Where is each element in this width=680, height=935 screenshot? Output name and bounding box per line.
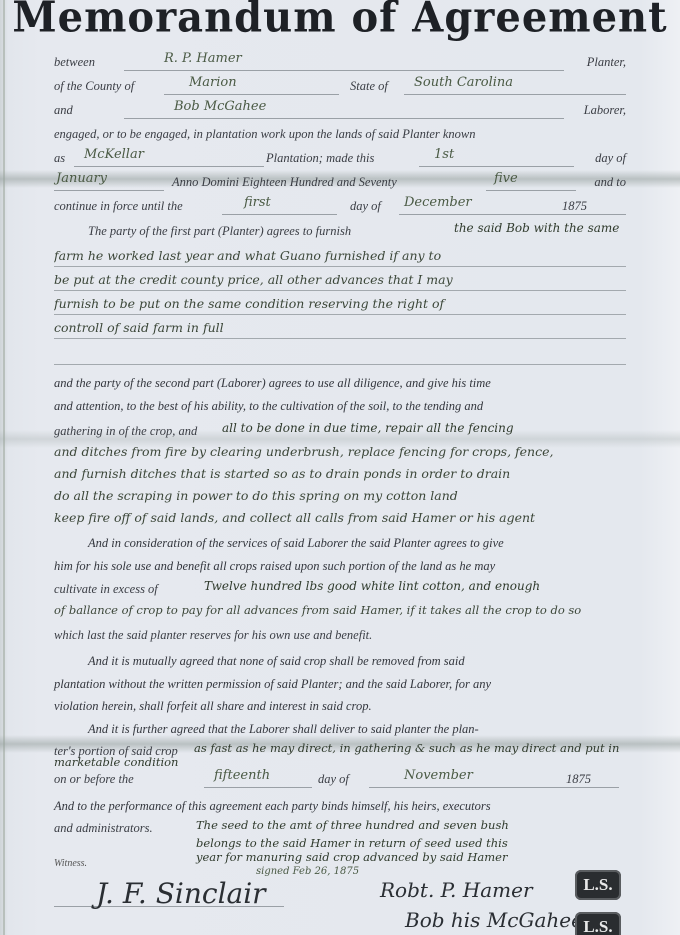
deliver-date-row: on or before the fifteenth day of Novemb… [54,772,626,790]
first-part-handwritten: furnish to be put on the same condition … [54,294,626,315]
county-label: of the County of [54,79,134,94]
planter-label: Planter, [587,55,626,70]
anno-row: January Anno Domini Eighteen Hundred and… [54,175,626,193]
performance-handwritten: year for manuring said crop advanced by … [196,850,507,864]
signed-date-note: signed Feb 26, 1875 [256,866,359,877]
second-part-handwritten: and ditches from fire by clearing underb… [54,442,626,462]
plantation-row: as McKellar Plantation; made this 1st da… [54,151,626,169]
state-field: South Carolina [414,75,513,90]
between-row: between R. P. Hamer Planter, [54,55,626,73]
engaged-text: engaged, or to be engaged, in plantation… [54,127,476,142]
laborer-seal: L.S. [575,912,621,935]
county-field: Marion [189,75,237,90]
laborer-row: and Bob McGahee Laborer, [54,103,626,121]
and-to-label: and to [594,175,626,190]
consideration-end-row: which last the said planter reserves for… [54,628,626,646]
deliver-year: 1875 [566,772,591,787]
deliver-month-field: November [404,768,473,783]
consideration-handwritten: of ballance of crop to pay for all advan… [54,600,626,620]
mutual-paragraph: And it is mutually agreed that none of s… [54,650,626,718]
until-day-of-label: day of [350,199,381,214]
page-edge [3,0,5,935]
laborer-label: Laborer, [584,103,626,118]
second-part-handwritten: and furnish ditches that is started so a… [54,464,626,484]
second-part-handwritten: do all the scraping in power to do this … [54,486,626,506]
first-part-intro: The party of the first part (Planter) ag… [88,224,351,239]
first-part-handwritten: be put at the credit county price, all o… [54,270,626,291]
county-row: of the County of Marion State of South C… [54,79,626,97]
anno-text: Anno Domini Eighteen Hundred and Seventy [172,175,397,190]
engaged-row: engaged, or to be engaged, in plantation… [54,127,626,145]
witness-label: Witness. [54,858,87,869]
as-label: as [54,151,65,166]
first-part-handwritten: the said Bob with the same [454,221,619,235]
cultivate-row: cultivate in excess of Twelve hundred lb… [54,582,626,600]
laborer-name-field: Bob McGahee [174,99,266,114]
until-month-field: December [404,195,472,210]
witness-signature: J. F. Sinclair [96,877,266,910]
further-handwritten: as fast as he may direct, in gathering &… [194,741,619,755]
year-word-field: five [494,171,518,186]
further-handwritten: marketable condition [54,755,178,769]
until-day-field: first [244,195,271,210]
planter-signature: Robt. P. Hamer [380,878,533,902]
day-of-label: day of [595,151,626,166]
second-part-paragraph: and the party of the second part (Labore… [54,372,626,417]
second-part-handwritten: all to be done in due time, repair all t… [222,421,514,435]
state-label: State of [350,79,388,94]
document-title: Memorandum of Agreement [0,0,680,42]
blank-line [54,364,626,365]
and-label: and [54,103,73,118]
further-paragraph: And it is further agreed that the Labore… [54,718,626,741]
plantation-label: Plantation; made this [266,151,374,166]
between-label: between [54,55,95,70]
performance-paragraph: And to the performance of this agreement… [54,795,626,818]
first-part-handwritten: controll of said farm in full [54,318,626,339]
consideration-handwritten: Twelve hundred lbs good white lint cotto… [204,579,540,593]
continue-row: continue in force until the first day of… [54,199,626,217]
second-part-handwritten: keep fire off of said lands, and collect… [54,508,626,528]
on-or-before-label: on or before the [54,772,134,787]
planter-name-field: R. P. Hamer [164,51,242,66]
performance-handwritten: The seed to the amt of three hundred and… [196,818,509,832]
first-part-handwritten: farm he worked last year and what Guano … [54,246,626,267]
month-field: January [56,171,107,186]
continue-label: continue in force until the [54,199,183,214]
document-page: Memorandum of Agreement between R. P. Ha… [0,0,680,935]
gathering-row: gathering in of the crop, and all to be … [54,424,626,442]
first-part-row: The party of the first part (Planter) ag… [54,224,626,242]
plantation-name-field: McKellar [84,147,144,162]
laborer-signature: Bob his McGahee [405,908,583,932]
until-year: 1875 [562,199,587,214]
deliver-day-field: fifteenth [214,768,270,783]
cultivate-text: cultivate in excess of [54,582,158,597]
planter-seal: L.S. [575,870,621,900]
gathering-text: gathering in of the crop, and [54,424,197,439]
performance-handwritten: belongs to the said Hamer in return of s… [196,836,508,850]
day-field: 1st [434,147,454,162]
consideration-paragraph: And in consideration of the services of … [54,532,626,577]
